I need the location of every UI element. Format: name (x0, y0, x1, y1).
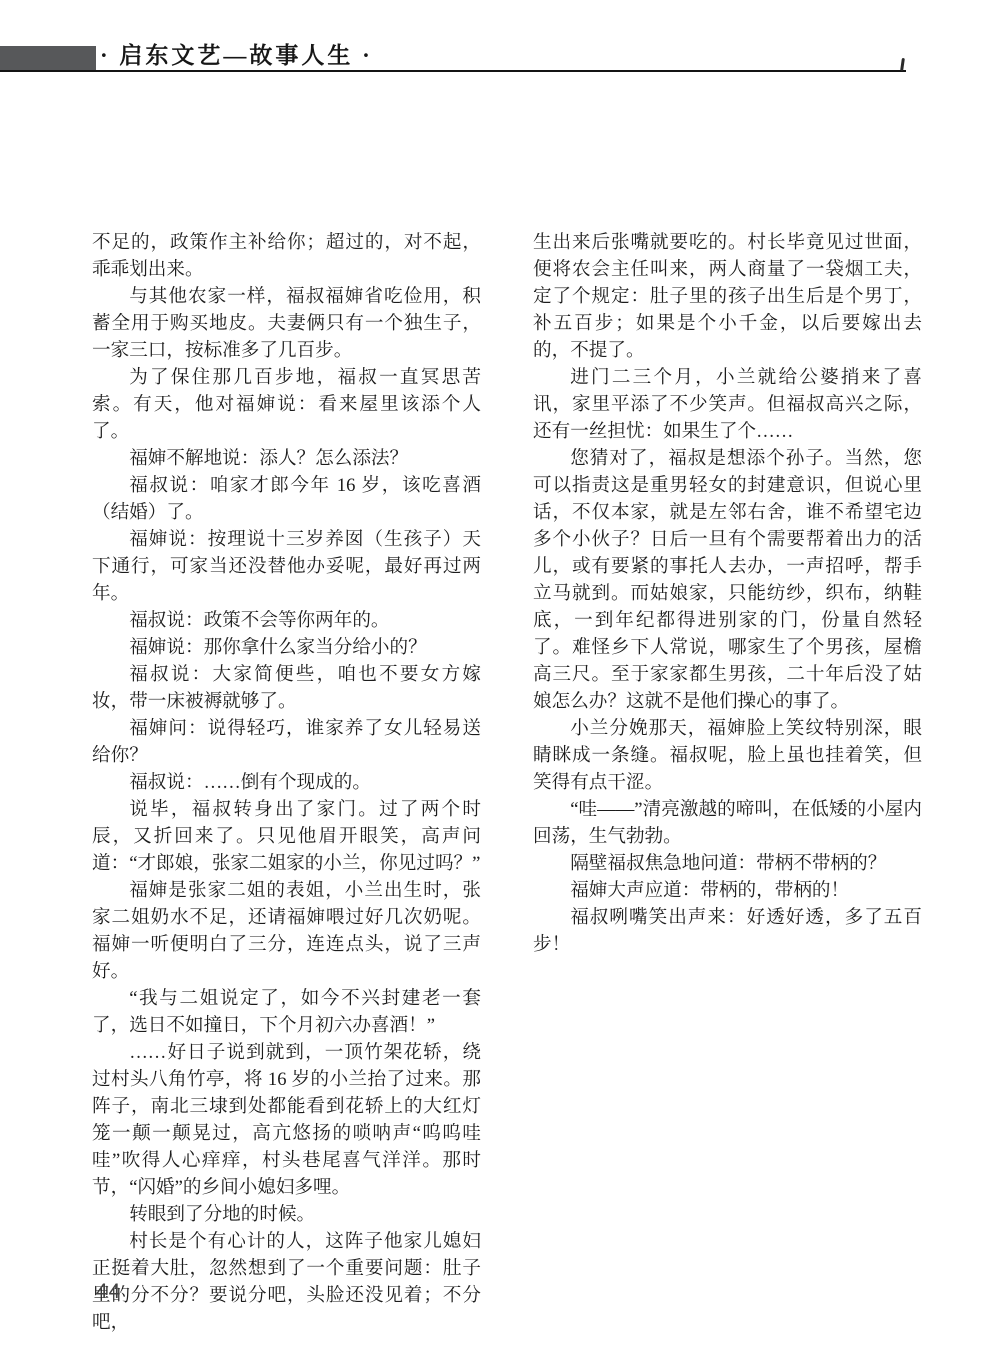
paragraph: “我与二姐说定了，如今不兴封建老一套了，选日不如撞日，下个月初六办喜酒！” (92, 985, 481, 1039)
paragraph: 您猜对了，福叔是想添个孙子。当然，您可以指责这是重男轻女的封建意识，但说心里话，… (533, 445, 922, 715)
paragraph: 隔壁福叔焦急地问道：带柄不带柄的？ (533, 850, 922, 877)
paragraph: 福叔说：大家简便些，咱也不要女方嫁妆，带一床被褥就够了。 (92, 661, 481, 715)
paragraph: 福婶不解地说：添人？怎么添法？ (92, 445, 481, 472)
left-column: 不足的，政策作主补给你；超过的，对不起，乖乖划出来。与其他农家一样，福叔福婶省吃… (92, 229, 481, 1336)
paragraph: 为了保住那几百步地，福叔一直冥思苦索。有天，他对福婶说：看来屋里该添个人了。 (92, 364, 481, 445)
paragraph: 福婶说：按理说十三岁养囡（生孩子）天下通行，可家当还没替他办妥呢，最好再过两年。 (92, 526, 481, 607)
paragraph: 福叔说：咱家才郎今年 16 岁，该吃喜酒（结婚）了。 (92, 472, 481, 526)
paragraph: 福叔说：……倒有个现成的。 (92, 769, 481, 796)
header-bar-decoration (0, 46, 96, 71)
paragraph: 福婶说：那你拿什么家当分给小的？ (92, 634, 481, 661)
paragraph: 说毕，福叔转身出了家门。过了两个时辰，又折回来了。只见他眉开眼笑，高声问道：“才… (92, 796, 481, 877)
paragraph: 转眼到了分地的时候。 (92, 1201, 481, 1228)
page-number: 44 (96, 1280, 121, 1304)
header-rule (0, 70, 906, 72)
paragraph: 小兰分娩那天，福婶脸上笑纹特别深，眼睛眯成一条缝。福叔呢，脸上虽也挂着笑，但笑得… (533, 715, 922, 796)
paragraph: 福婶问：说得轻巧，谁家养了女儿轻易送给你？ (92, 715, 481, 769)
magazine-page: · 启东文艺—故事人生 · 不足的，政策作主补给你；超过的，对不起，乖乖划出来。… (0, 0, 1000, 1357)
paragraph: 福婶大声应道：带柄的，带柄的！ (533, 877, 922, 904)
paragraph: “哇——”清亮激越的啼叫，在低矮的小屋内回荡，生气勃勃。 (533, 796, 922, 850)
paragraph: 不足的，政策作主补给你；超过的，对不起，乖乖划出来。 (92, 229, 481, 283)
paragraph: 生出来后张嘴就要吃的。村长毕竟见过世面，便将农会主任叫来，两人商量了一袋烟工夫，… (533, 229, 922, 364)
paragraph: 与其他农家一样，福叔福婶省吃俭用，积蓄全用于购买地皮。夫妻俩只有一个独生子，一家… (92, 283, 481, 364)
paragraph: 进门二三个月，小兰就给公婆捎来了喜讯，家里平添了不少笑声。但福叔高兴之际，还有一… (533, 364, 922, 445)
paragraph: ……好日子说到就到，一顶竹架花轿，绕过村头八角竹亭，将 16 岁的小兰抬了过来。… (92, 1039, 481, 1201)
right-column: 生出来后张嘴就要吃的。村长毕竟见过世面，便将农会主任叫来，两人商量了一袋烟工夫，… (533, 229, 922, 958)
paragraph: 村长是个有心计的人，这阵子他家儿媳妇正挺着大肚，忽然想到了一个重要问题：肚子里的… (92, 1228, 481, 1336)
paragraph: 福叔说：政策不会等你两年的。 (92, 607, 481, 634)
paragraph: 福婶是张家二姐的表姐，小兰出生时，张家二姐奶水不足，还请福婶喂过好几次奶呢。福婶… (92, 877, 481, 985)
page-header-title: · 启东文艺—故事人生 · (100, 42, 373, 70)
paragraph: 福叔咧嘴笑出声来：好透好透，多了五百步！ (533, 904, 922, 958)
